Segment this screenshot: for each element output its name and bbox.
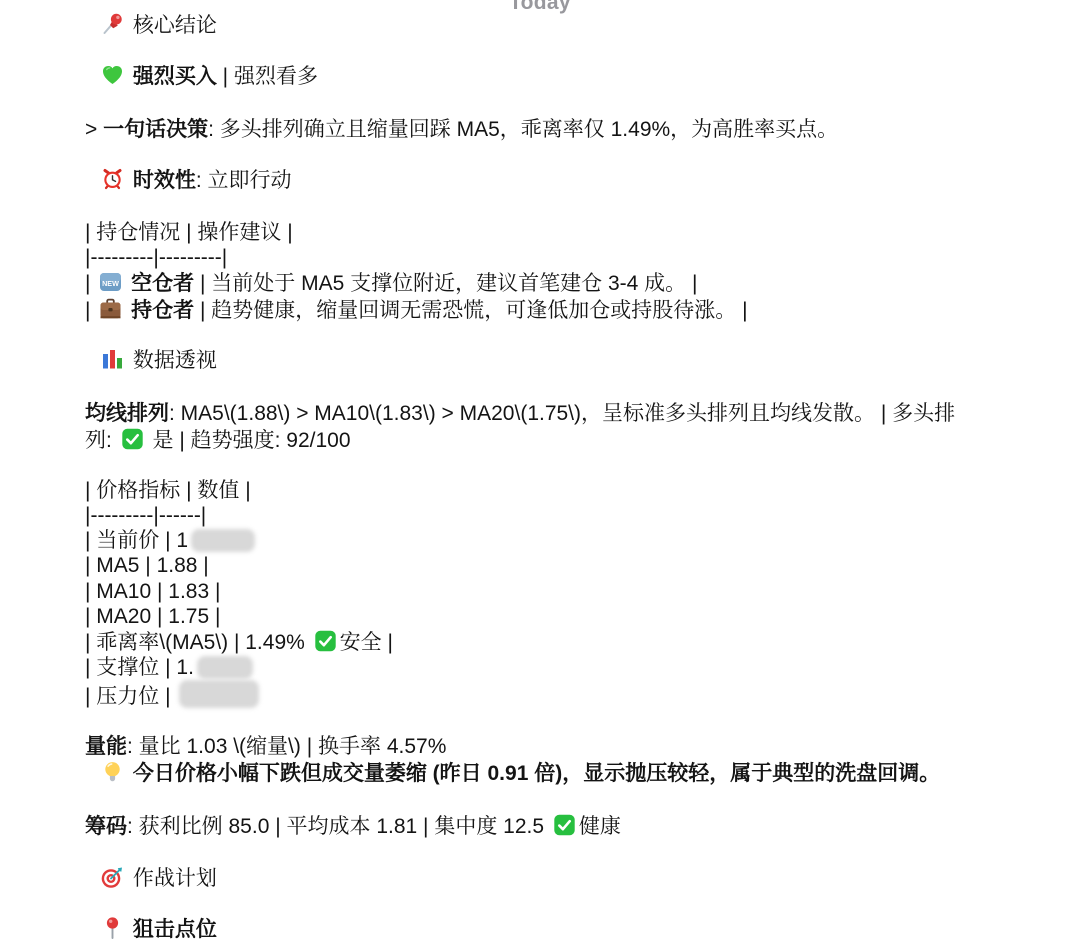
text: : 获利比例 85.0 | 平均成本 1.81 | 集中度 12.5 <box>127 815 550 838</box>
bold-text: 狙击点位 <box>133 918 217 941</box>
bold-text: 量能 <box>85 735 127 758</box>
ma-alignment-paragraph: 均线排列: MA5\(1.88\) > MA10\(1.83\) > MA20\… <box>85 401 1005 454</box>
text: | 趋势健康，缩量回调无需恐慌，可逢低加仓或持股待涨。 | <box>194 299 747 322</box>
chips-line: 筹码: 获利比例 85.0 | 平均成本 1.81 | 集中度 12.5 健康 <box>85 813 1005 840</box>
price-table-separator: |---------|------| <box>85 503 1005 528</box>
price-table-row-ma5: | MA5 | 1.88 | <box>85 553 1005 578</box>
text: 是 | 趋势强度: 92/100 <box>147 429 351 452</box>
section-heading-sniper-points: 狙击点位 <box>85 916 1005 943</box>
price-table-row-bias: | 乖离率\(MA5\) | 1.49% 安全 | <box>85 629 1005 655</box>
text: | <box>85 299 96 322</box>
text: > <box>85 118 103 141</box>
pushpin-icon <box>100 12 125 36</box>
volume-insight-line: 今日价格小幅下跌但成交量萎缩 (昨日 0.91 倍)，显示抛压较轻，属于典型的洗… <box>85 760 1005 787</box>
price-table-row-ma10: | MA10 | 1.83 | <box>85 579 1005 604</box>
bold-text: 均线排列 <box>85 402 169 425</box>
redacted-value <box>179 680 259 708</box>
position-table-row-empty: | NEW 空仓者 | 当前处于 MA5 支撑位附近，建议首笔建仓 3-4 成。… <box>85 270 1005 296</box>
position-table-row-holding: | 持仓者 | 趋势健康，缩量回调无需恐慌，可逢低加仓或持股待涨。 | <box>85 297 1005 323</box>
text: : 量比 1.03 \(缩量\) | 换手率 4.57% <box>127 735 446 758</box>
rating-line: 强烈买入 | 强烈看多 <box>85 63 1005 90</box>
price-table-row-support: | 支撑位 | 1. <box>85 655 1005 680</box>
check-icon <box>313 629 338 653</box>
section-heading-core-conclusion: 核心结论 <box>85 12 1005 39</box>
bold-text: 今日价格小幅下跌但成交量萎缩 (昨日 0.91 倍)，显示抛压较轻，属于典型的洗… <box>133 762 940 785</box>
text: | 压力位 | <box>85 685 176 708</box>
text: | 乖离率\(MA5\) | 1.49% <box>85 631 311 654</box>
bold-text: 持仓者 <box>131 299 194 322</box>
bold-text: 一句话决策 <box>103 118 208 141</box>
text: 安全 | <box>340 631 393 654</box>
redacted-value <box>191 529 255 552</box>
alarm-clock-icon <box>100 167 125 191</box>
text: : 多头排列确立且缩量回踩 MA5，乖离率仅 1.49%，为高胜率买点。 <box>208 118 838 141</box>
section-heading-data-view: 数据透视 <box>85 347 1005 374</box>
text: | <box>85 272 96 295</box>
text: | 支撑位 | 1. <box>85 656 194 679</box>
volume-line: 量能: 量比 1.03 \(缩量\) | 换手率 4.57% <box>85 734 1005 760</box>
briefcase-icon <box>98 297 123 321</box>
redacted-value <box>197 656 253 679</box>
price-table-row-current-price: | 当前价 | 1 <box>85 528 1005 553</box>
green-heart-icon <box>100 63 125 87</box>
text: | 当前处于 MA5 支撑位附近，建议首笔建仓 3-4 成。 | <box>194 272 697 295</box>
new-icon: NEW <box>98 270 123 294</box>
text: | MA5 | 1.88 | <box>85 554 209 577</box>
timeliness-line: 时效性: 立即行动 <box>85 167 1005 194</box>
position-table-header: | 持仓情况 | 操作建议 | <box>85 220 1005 245</box>
one-line-decision: > 一句话决策: 多头排列确立且缩量回踩 MA5，乖离率仅 1.49%，为高胜率… <box>85 117 1005 143</box>
bold-text: 时效性 <box>133 169 196 192</box>
text: | 当前价 | 1 <box>85 529 188 552</box>
text: | 价格指标 | 数值 | <box>85 479 251 502</box>
text: 健康 <box>579 815 621 838</box>
section-heading-battle-plan: 作战计划 <box>85 865 1005 892</box>
dart-icon <box>100 865 125 889</box>
bold-text: 筹码 <box>85 815 127 838</box>
check-icon <box>552 813 577 837</box>
text: : 立即行动 <box>196 169 292 192</box>
text: |---------|---------| <box>85 246 227 269</box>
price-table-row-ma20: | MA20 | 1.75 | <box>85 604 1005 629</box>
price-table-header: | 价格指标 | 数值 | <box>85 478 1005 503</box>
bold-text: 强烈买入 <box>133 65 217 88</box>
check-icon <box>120 427 145 451</box>
text: 核心结论 <box>127 14 217 37</box>
text: | MA10 | 1.83 | <box>85 580 220 603</box>
text: | MA20 | 1.75 | <box>85 605 220 628</box>
text: |---------|------| <box>85 504 206 527</box>
message-body: 核心结论 强烈买入 | 强烈看多> 一句话决策: 多头排列确立且缩量回踩 MA5… <box>85 12 1005 943</box>
bulb-icon <box>100 760 125 784</box>
bar-chart-icon <box>100 347 125 371</box>
round-pushpin-icon <box>100 916 125 940</box>
position-table-separator: |---------|---------| <box>85 245 1005 270</box>
text: | 强烈看多 <box>217 65 318 88</box>
text: 数据透视 <box>127 349 217 372</box>
text: 作战计划 <box>127 867 217 890</box>
svg-text:NEW: NEW <box>102 279 119 288</box>
text: | 持仓情况 | 操作建议 | <box>85 221 293 244</box>
price-table-row-resistance: | 压力位 | <box>85 680 1005 709</box>
bold-text: 空仓者 <box>131 272 194 295</box>
